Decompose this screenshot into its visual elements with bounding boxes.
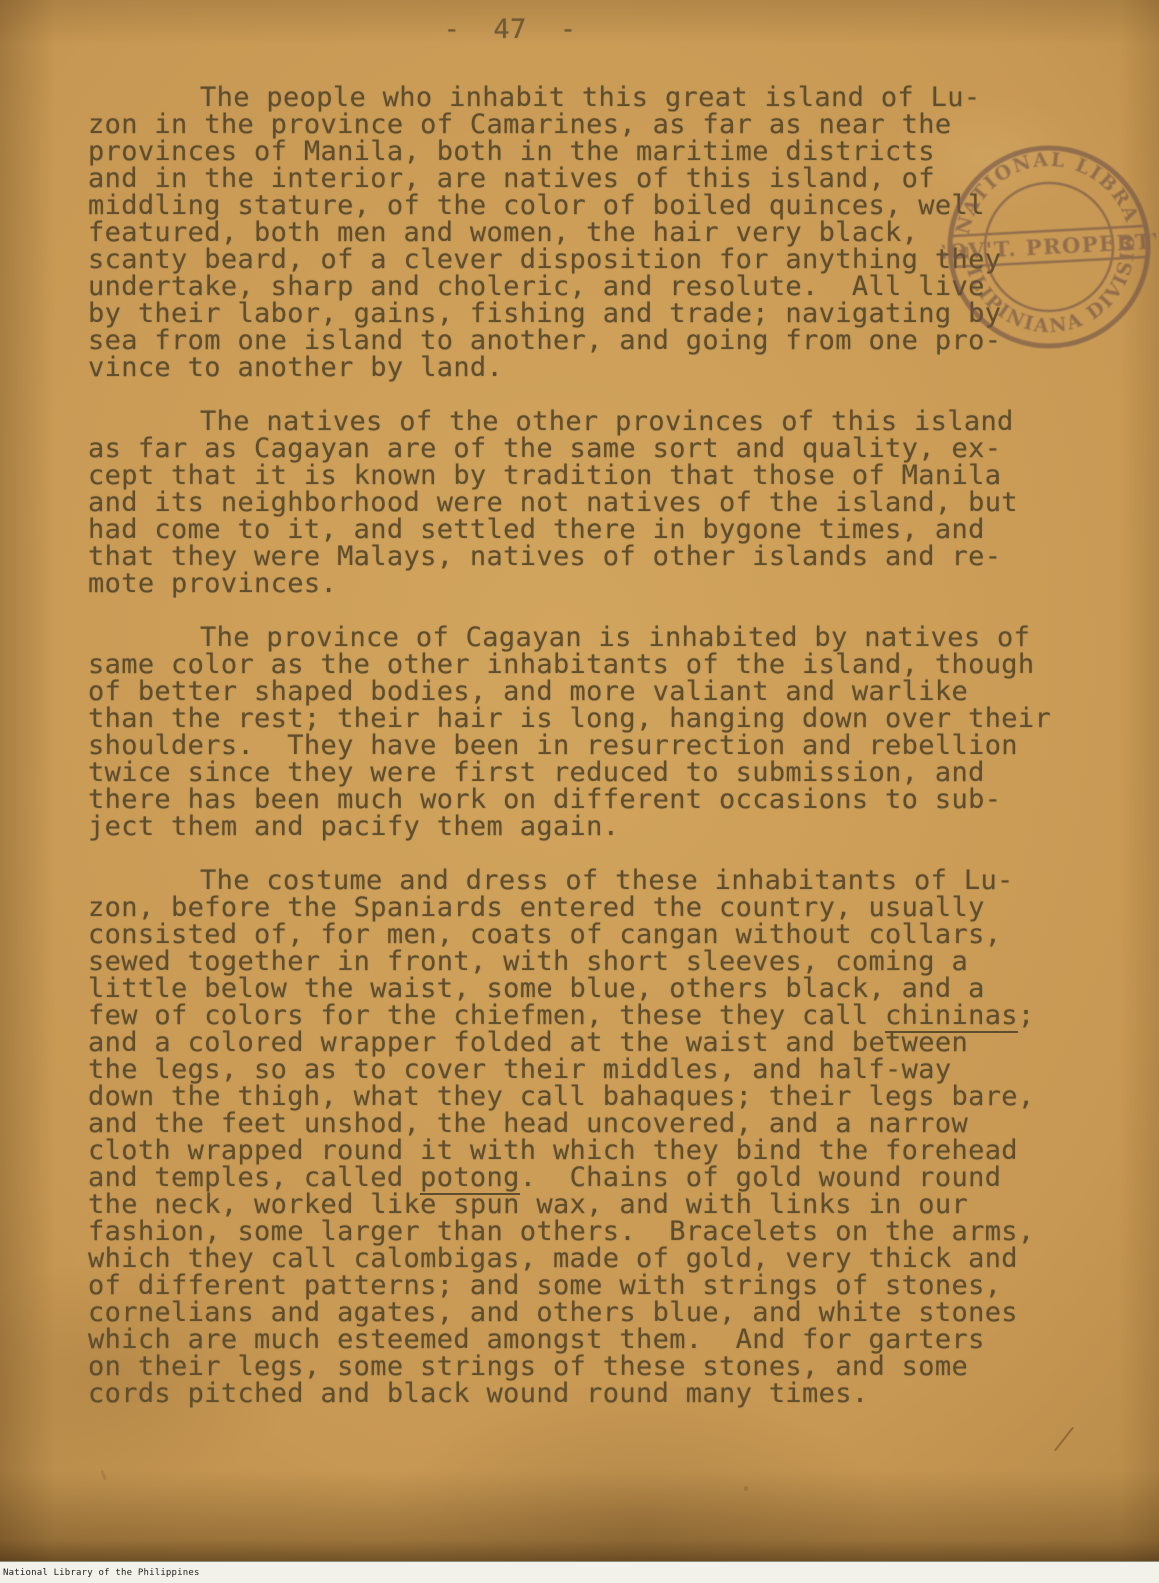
paragraph: The costume and dress of these inhabitan… <box>88 867 1078 1407</box>
text-line: vince to another by land. <box>88 354 1078 381</box>
text-line: same color as the other inhabitants of t… <box>88 651 1078 678</box>
text-line: cornelians and agates, and others blue, … <box>88 1299 1078 1326</box>
text-line: which are much esteemed amongst them. An… <box>88 1326 1078 1353</box>
text-line: fashion, some larger than others. Bracel… <box>88 1218 1078 1245</box>
footer-strip: National Library of the Philippines <box>0 1561 1159 1583</box>
text-line: middling stature, of the color of boiled… <box>88 192 1078 219</box>
paper-speck <box>744 1486 748 1491</box>
text-line: sea from one island to another, and goin… <box>88 327 1078 354</box>
scanned-page: - 47 - The people who inhabit this great… <box>0 0 1159 1583</box>
footer-label: National Library of the Philippines <box>0 1568 200 1578</box>
text-line: undertake, sharp and choleric, and resol… <box>88 273 1078 300</box>
text-line: few of colors for the chiefmen, these th… <box>88 1002 1078 1029</box>
text-line: of different patterns; and some with str… <box>88 1272 1078 1299</box>
text-line: little below the waist, some blue, other… <box>88 975 1078 1002</box>
text-line: The costume and dress of these inhabitan… <box>88 867 1078 894</box>
text-line: cords pitched and black wound round many… <box>88 1380 1078 1407</box>
text-line: as far as Cagayan are of the same sort a… <box>88 435 1078 462</box>
text-line: twice since they were first reduced to s… <box>88 759 1078 786</box>
text-line: consisted of, for men, coats of cangan w… <box>88 921 1078 948</box>
text-line: that they were Malays, natives of other … <box>88 543 1078 570</box>
text-line: and in the interior, are natives of this… <box>88 165 1078 192</box>
text-line: of better shaped bodies, and more valian… <box>88 678 1078 705</box>
text-line: cloth wrapped round it with which they b… <box>88 1137 1078 1164</box>
text-line: The natives of the other provinces of th… <box>88 408 1078 435</box>
text-line: scanty beard, of a clever disposition fo… <box>88 246 1078 273</box>
page-number: - 47 - <box>0 14 1020 45</box>
text-line: provinces of Manila, both in the maritim… <box>88 138 1078 165</box>
text-line: The people who inhabit this great island… <box>88 84 1078 111</box>
paragraph: The people who inhabit this great island… <box>88 84 1078 381</box>
text-line: than the rest; their hair is long, hangi… <box>88 705 1078 732</box>
text-line: sewed together in front, with short slee… <box>88 948 1078 975</box>
text-line: the neck, worked like spun wax, and with… <box>88 1191 1078 1218</box>
text-line: ject them and pacify them again. <box>88 813 1078 840</box>
library-stamp: THE NATIONAL LIBRARY FILIPINIANA DIVISIO… <box>942 140 1156 354</box>
text-line: mote provinces. <box>88 570 1078 597</box>
text-line: down the thigh, what they call bahaques;… <box>88 1083 1078 1110</box>
text-line: cept that it is known by tradition that … <box>88 462 1078 489</box>
text-line: and the feet unshod, the head uncovered,… <box>88 1110 1078 1137</box>
text-line: zon, before the Spaniards entered the co… <box>88 894 1078 921</box>
paragraph: The province of Cagayan is inhabited by … <box>88 624 1078 840</box>
text-line: by their labor, gains, fishing and trade… <box>88 300 1078 327</box>
text-line: had come to it, and settled there in byg… <box>88 516 1078 543</box>
typewritten-text: The people who inhabit this great island… <box>88 84 1078 1407</box>
text-line: and its neighborhood were not natives of… <box>88 489 1078 516</box>
text-line: shoulders. They have been in resurrectio… <box>88 732 1078 759</box>
text-line: and temples, called potong. Chains of go… <box>88 1164 1078 1191</box>
text-line: and a colored wrapper folded at the wais… <box>88 1029 1078 1056</box>
text-line: which they call calombigas, made of gold… <box>88 1245 1078 1272</box>
text-line: featured, both men and women, the hair v… <box>88 219 1078 246</box>
paragraph: The natives of the other provinces of th… <box>88 408 1078 597</box>
text-line: zon in the province of Camarines, as far… <box>88 111 1078 138</box>
text-line: The province of Cagayan is inhabited by … <box>88 624 1078 651</box>
text-line: the legs, so as to cover their middles, … <box>88 1056 1078 1083</box>
text-line: on their legs, some strings of these sto… <box>88 1353 1078 1380</box>
text-line: there has been much work on different oc… <box>88 786 1078 813</box>
